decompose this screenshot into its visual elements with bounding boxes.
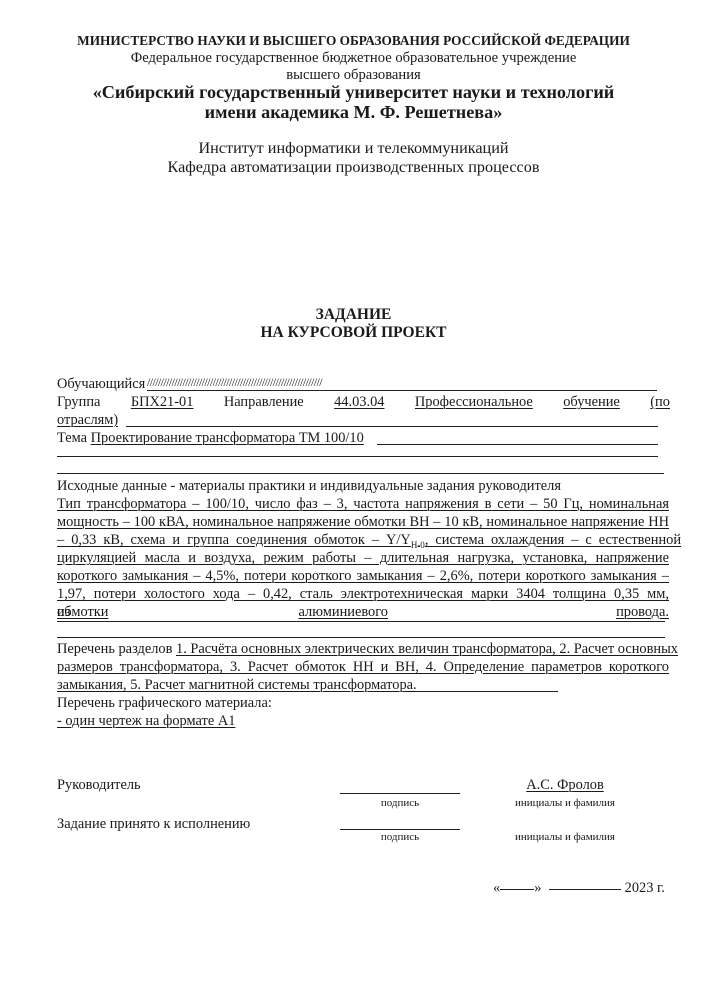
sections-row-1: Перечень разделов 1. Расчёта основных эл…: [57, 640, 669, 658]
topic-field-line: [377, 444, 658, 445]
blank-line-3: [57, 621, 665, 622]
supervisor-name: А.С. Фролов: [490, 776, 640, 794]
direction-code: 44.03.04: [334, 393, 384, 411]
student-name-caption: инициалы и фамилия: [500, 831, 630, 843]
source-data-line-3-tail: , система охлаждения – с естественной: [425, 532, 681, 548]
supervisor-label: Руководитель: [57, 776, 141, 794]
sections-line-1: 1. Расчёта основных электрических величи…: [176, 641, 678, 657]
student-value: ////////////////////////////////////////…: [147, 373, 322, 391]
graphics-label: Перечень графического материала:: [57, 694, 272, 712]
student-signature-line[interactable]: [340, 829, 460, 830]
source-data-line-7: из алюминиевого провода.: [57, 603, 669, 621]
supervisor-signature-caption: подпись: [340, 797, 460, 809]
topic-label: Тема: [57, 430, 87, 446]
source-last-word-1: из: [57, 603, 70, 621]
date-row: «» 2023 г.: [493, 879, 665, 897]
student-signature-caption: подпись: [340, 831, 460, 843]
blank-line-4: [57, 637, 665, 638]
date-day-field[interactable]: [500, 889, 534, 890]
sections-field-line: [414, 691, 558, 692]
supervisor-name-caption: инициалы и фамилия: [500, 797, 630, 809]
topic-row: Тема Проектирование трансформатора ТМ 10…: [57, 429, 364, 447]
blank-line-1: [57, 456, 658, 457]
direction-word-1: Профессиональное: [415, 393, 533, 411]
direction-field-line: [126, 426, 658, 427]
direction-continuation: отраслям): [57, 411, 118, 429]
source-data-line-1: Тип трансформатора – 100/10, число фаз –…: [57, 495, 669, 513]
direction-word-2: обучение: [563, 393, 620, 411]
document-title-line1: ЗАДАНИЕ: [0, 306, 707, 324]
graphics-value: - один чертеж на формате А1: [57, 712, 235, 730]
university-name-line2: имени академика М. Ф. Решетнева»: [0, 102, 707, 123]
date-month-field[interactable]: [549, 889, 621, 890]
sections-label: Перечень разделов: [57, 641, 172, 657]
department-name: Кафедра автоматизации производственных п…: [0, 158, 707, 177]
group-label: Группа: [57, 393, 100, 411]
university-name-line1: «Сибирский государственный университет н…: [0, 82, 707, 103]
direction-label: Направление: [224, 393, 304, 411]
date-close-quote: »: [534, 880, 541, 896]
source-data-label: Исходные данные - материалы практики и и…: [57, 477, 561, 495]
student-label: Обучающийся: [57, 375, 145, 393]
source-last-word-3: провода.: [616, 603, 669, 621]
group-value: БПХ21-01: [131, 393, 194, 411]
topic-value: Проектирование трансформатора ТМ 100/10: [91, 430, 364, 446]
student-field-line: [147, 390, 657, 391]
ministry-heading: МИНИСТЕРСТВО НАУКИ И ВЫСШЕГО ОБРАЗОВАНИЯ…: [0, 33, 707, 49]
group-direction-row: Группа БПХ21-01 Направление 44.03.04 Про…: [57, 393, 670, 411]
date-year: 2023 г.: [625, 880, 665, 896]
supervisor-signature-line[interactable]: [340, 793, 460, 794]
accepted-label: Задание принято к исполнению: [57, 815, 250, 833]
date-open-quote: «: [493, 880, 500, 896]
source-last-word-2: алюминиевого: [299, 603, 388, 621]
source-data-line-3-text: – 0,33 кВ, схема и группа соединения обм…: [57, 532, 411, 548]
source-data-line-4: циркуляцией масла и воздуха, режим работ…: [57, 549, 669, 567]
document-title-line2: НА КУРСОВОЙ ПРОЕКТ: [0, 324, 707, 342]
sections-line-2: размеров трансформатора, 3. Расчет обмот…: [57, 658, 669, 676]
direction-word-3: (по: [650, 393, 670, 411]
institute-name: Институт информатики и телекоммуникаций: [0, 139, 707, 158]
blank-line-2: [57, 473, 664, 474]
source-data-line-5: короткого замыкания – 4,5%, потери корот…: [57, 567, 669, 585]
source-data-line-2: мощность – 100 кВА, номинальное напряжен…: [57, 513, 669, 531]
institution-type-line1: Федеральное государственное бюджетное об…: [0, 50, 707, 67]
sections-line-3: замыкания, 5. Расчет магнитной системы т…: [57, 676, 417, 694]
